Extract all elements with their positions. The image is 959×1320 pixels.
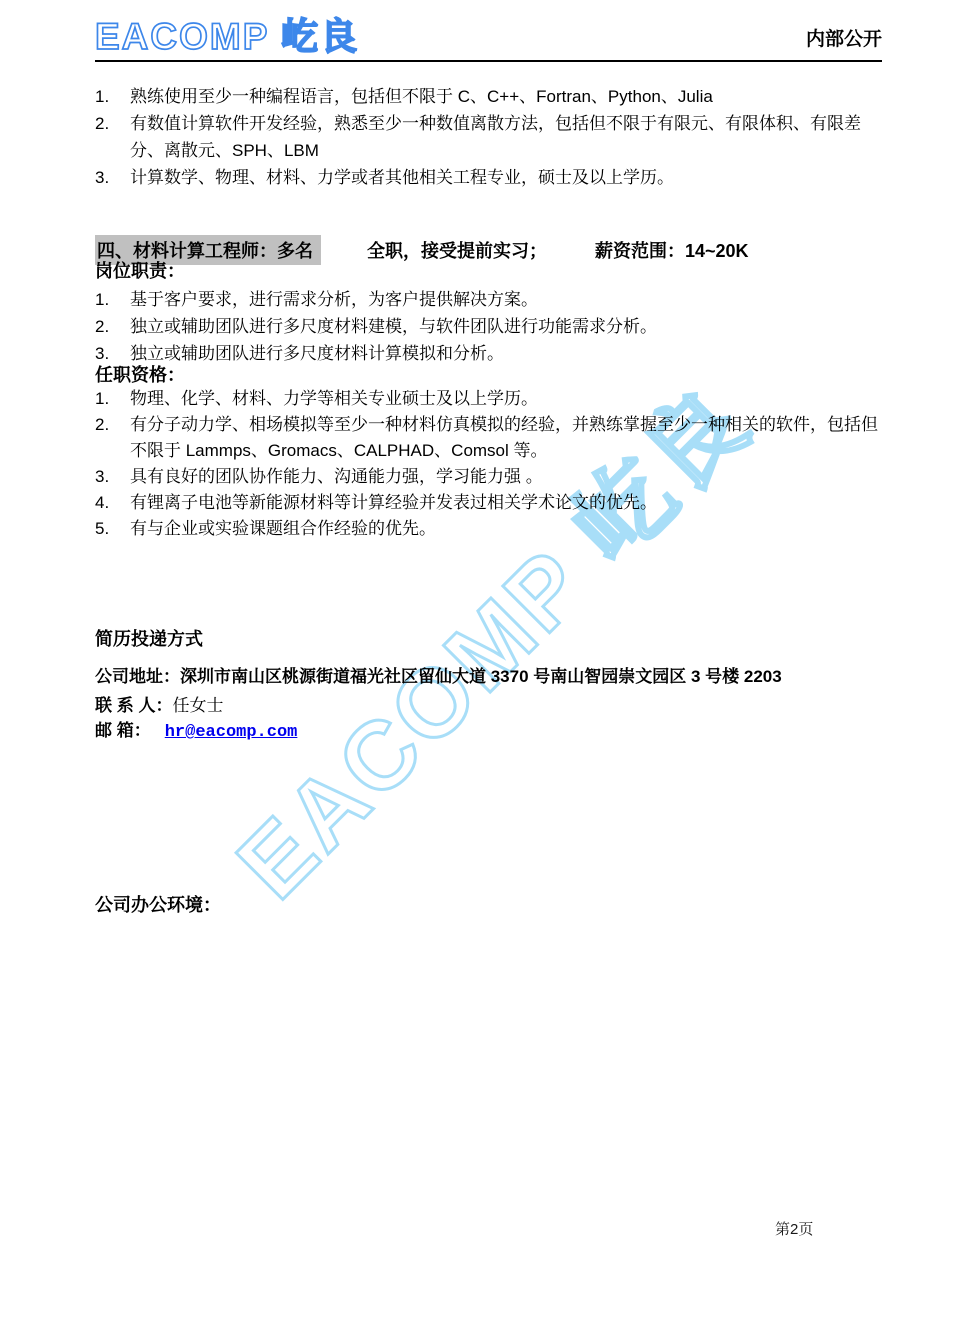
list-item: 1. 熟练使用至少一种编程语言，包括但不限于 C、C++、Fortran、Pyt… [95, 83, 882, 110]
duties-heading: 岗位职责： [95, 259, 882, 283]
list-item: 3. 计算数学、物理、材料、力学或者其他相关工程专业，硕士及以上学历。 [95, 164, 882, 191]
contact-label: 联 系 人： [95, 694, 172, 718]
list-item: 5. 有与企业或实验课题组合作经验的优先。 [95, 516, 882, 542]
list-item-text: 独立或辅助团队进行多尺度材料建模，与软件团队进行功能需求分析。 [130, 313, 882, 340]
list-item-number: 2. [95, 313, 130, 340]
email-line: 邮 箱： hr@eacomp.com [95, 719, 882, 745]
classification-label: 内部公开 [806, 24, 882, 51]
list-item: 2. 独立或辅助团队进行多尺度材料建模，与软件团队进行功能需求分析。 [95, 313, 882, 340]
list-item-number: 3. [95, 164, 130, 191]
list-item-number: 4. [95, 490, 130, 516]
list-item-text: 物理、化学、材料、力学等相关专业硕士及以上学历。 [130, 386, 882, 412]
list-item-text: 有分子动力学、相场模拟等至少一种材料仿真模拟的经验，并熟练掌握至少一种相关的软件… [130, 412, 882, 464]
company-address-line: 公司地址： 深圳市南山区桃源街道福光社区留仙大道 3370 号南山智园崇文园区 … [95, 665, 882, 689]
list-item-number: 2. [95, 110, 130, 164]
prev-requirements-list: 1. 熟练使用至少一种编程语言，包括但不限于 C、C++、Fortran、Pyt… [95, 83, 882, 191]
address-label: 公司地址： [95, 665, 180, 689]
email-label: 邮 箱： [95, 719, 151, 743]
document-page: EACOMP 屹良 EACOMP 屹良 内部公开 1. 熟练使用至少一种编程语言… [0, 0, 959, 1320]
list-item-number: 1. [95, 286, 130, 313]
list-item: 3. 具有良好的团队协作能力、沟通能力强，学习能力强 。 [95, 464, 882, 490]
list-item-text: 有锂离子电池等新能源材料等计算经验并发表过相关学术论文的优先。 [130, 490, 882, 516]
list-item-number: 3. [95, 464, 130, 490]
list-item-text: 计算数学、物理、材料、力学或者其他相关工程专业，硕士及以上学历。 [130, 164, 882, 191]
list-item-text: 基于客户要求，进行需求分析，为客户提供解决方案。 [130, 286, 882, 313]
list-item: 1. 基于客户要求，进行需求分析，为客户提供解决方案。 [95, 286, 882, 313]
address-value: 深圳市南山区桃源街道福光社区留仙大道 3370 号南山智园崇文园区 3 号楼 2… [180, 665, 782, 689]
office-environment-heading: 公司办公环境： [95, 893, 882, 917]
list-item: 1. 物理、化学、材料、力学等相关专业硕士及以上学历。 [95, 386, 882, 412]
list-item-number: 2. [95, 412, 130, 464]
contact-person-line: 联 系 人： 任女士 [95, 694, 882, 718]
list-item: 2. 有数值计算软件开发经验，熟悉至少一种数值离散方法，包括但不限于有限元、有限… [95, 110, 882, 164]
list-item-number: 5. [95, 516, 130, 542]
list-item-number: 1. [95, 386, 130, 412]
contact-value: 任女士 [172, 694, 223, 718]
duties-list: 1. 基于客户要求，进行需求分析，为客户提供解决方案。 2. 独立或辅助团队进行… [95, 286, 882, 367]
list-item-text: 熟练使用至少一种编程语言，包括但不限于 C、C++、Fortran、Python… [130, 83, 882, 110]
company-logo: EACOMP 屹良 [95, 18, 359, 55]
page-header: EACOMP 屹良 内部公开 [95, 0, 882, 62]
qualifications-heading: 任职资格： [95, 363, 882, 387]
list-item: 4. 有锂离子电池等新能源材料等计算经验并发表过相关学术论文的优先。 [95, 490, 882, 516]
list-item-text: 具有良好的团队协作能力、沟通能力强，学习能力强 。 [130, 464, 882, 490]
list-item-text: 有与企业或实验课题组合作经验的优先。 [130, 516, 882, 542]
resume-submission-heading: 简历投递方式 [95, 627, 882, 651]
list-item-text: 有数值计算软件开发经验，熟悉至少一种数值离散方法，包括但不限于有限元、有限体积、… [130, 110, 882, 164]
page-number: 第2页 [775, 1218, 813, 1239]
list-item: 2. 有分子动力学、相场模拟等至少一种材料仿真模拟的经验，并熟练掌握至少一种相关… [95, 412, 882, 464]
list-item-number: 1. [95, 83, 130, 110]
email-link[interactable]: hr@eacomp.com [165, 721, 298, 745]
qualifications-list: 1. 物理、化学、材料、力学等相关专业硕士及以上学历。 2. 有分子动力学、相场… [95, 386, 882, 542]
